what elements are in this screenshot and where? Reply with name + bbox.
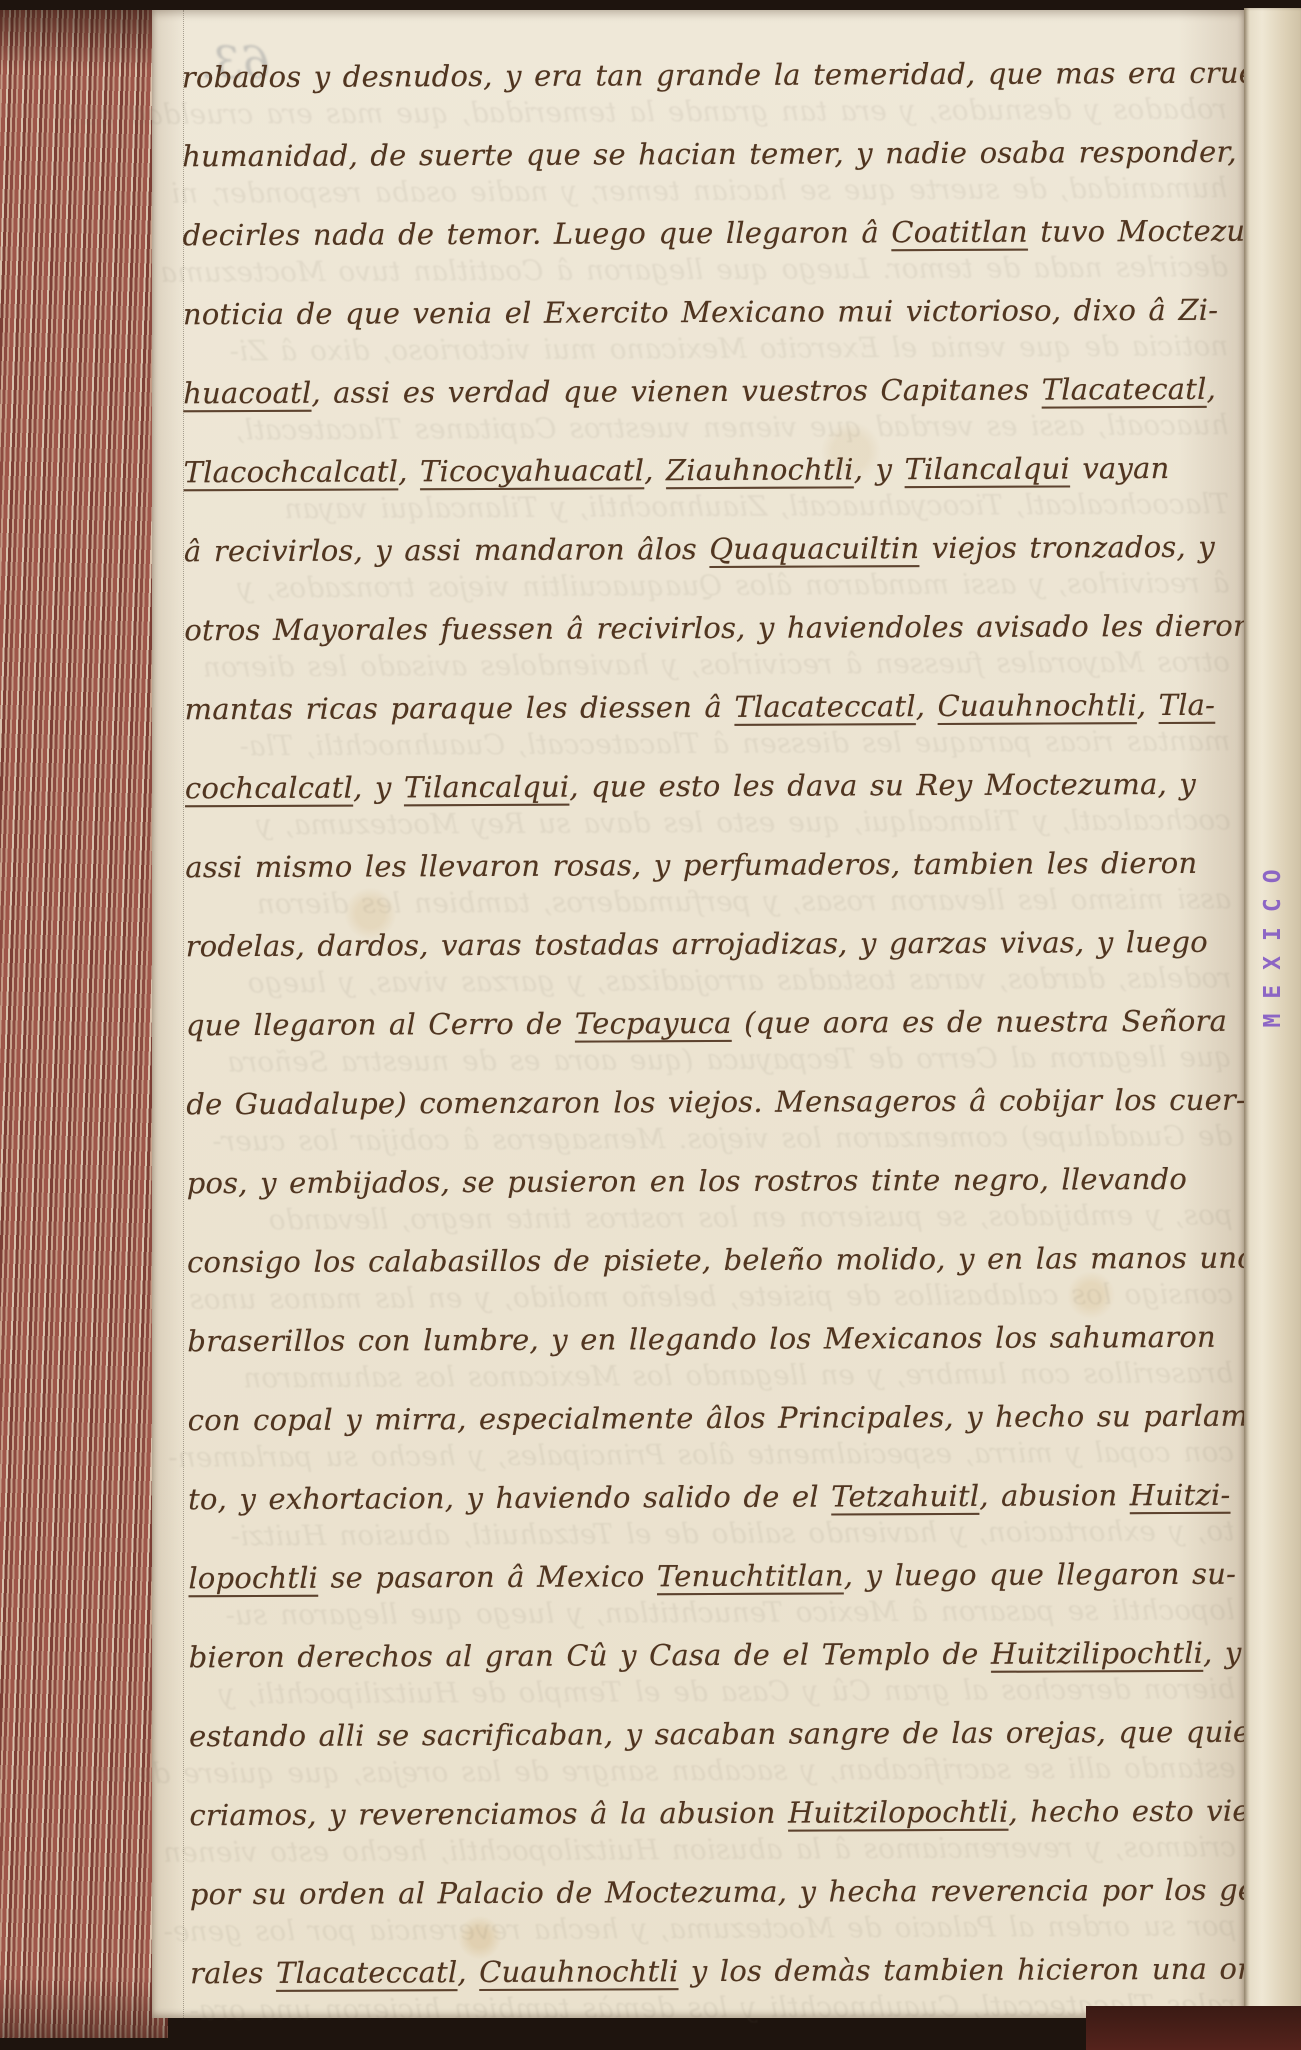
underlined-name: Tetzahuitl (831, 1479, 979, 1514)
text-segment: , y (854, 452, 905, 486)
manuscript-line: Tlacochcalcatl, Ticocyahuacatl, Ziauhnoc… (183, 429, 1239, 513)
underlined-name: Quaquacuiltin (709, 531, 919, 566)
underlined-name: Cuauhnochtli (938, 688, 1137, 723)
text-segment: noticia de que venia el Exercito Mexican… (183, 293, 1218, 332)
text-segment: rales (190, 1956, 276, 1990)
underlined-name: Tenuchtitlan (657, 1558, 844, 1593)
text-segment: , abusion (979, 1478, 1130, 1513)
manuscript-line: cochcalcatl, y Tilancalqui, que esto les… (185, 745, 1241, 829)
text-segment: y los demàs tambien hicieron una ora- (678, 1952, 1278, 1989)
manuscript-line: assi mismo les llevaron rosas, y perfuma… (185, 824, 1241, 908)
text-segment: , (916, 689, 938, 723)
text-segment: de Guadalupe) comenzaron los viejos. Men… (186, 1083, 1246, 1122)
text-segment: , (1137, 688, 1159, 722)
manuscript-page: 63. robados y desnudos, y era tan grande… (152, 10, 1244, 2018)
mexico-stamp: MEXICO (1158, 898, 1301, 984)
text-segment: robados y desnudos, y era tan grande la … (182, 55, 1301, 94)
underlined-name: Tecpayuca (575, 1006, 732, 1041)
text-segment: bieron derechos al gran Cû y Casa de el … (189, 1637, 991, 1675)
text-segment: que llegaron al Cerro de (186, 1007, 575, 1043)
text-segment: , y luego que llegaron su- (844, 1557, 1237, 1593)
manuscript-line: otros Mayorales fuessen â recivirlos, y … (184, 587, 1240, 671)
text-segment: braserillos con lumbre, y en llegando lo… (187, 1320, 1216, 1358)
manuscript-line: â recivirlos, y assi mandaron âlos Quaqu… (184, 508, 1240, 592)
text-segment: , assi es verdad que vienen vuestros Cap… (311, 373, 1041, 410)
manuscript-line: de Guadalupe) comenzaron los viejos. Men… (186, 1061, 1242, 1145)
text-segment: assi mismo les llevaron rosas, y perfuma… (185, 846, 1197, 884)
text-segment: , (398, 454, 420, 488)
underlined-name: lopochtli (188, 1561, 318, 1596)
text-segment: (que aora es de nuestra Señora (732, 1004, 1228, 1040)
text-segment: consigo los calabasillos de pisiete, bel… (187, 1241, 1270, 1280)
text-segment: decirles nada de temor. Luego que llegar… (182, 215, 891, 252)
text-segment: se pasaron â Mexico (318, 1559, 657, 1594)
underlined-name: Tla- (1159, 688, 1216, 722)
text-segment: , y (353, 770, 404, 804)
text-segment: viejos tronzados, y (919, 530, 1215, 565)
manuscript-text-block: robados y desnudos, y era tan grande la … (182, 34, 1247, 2014)
manuscript-line: estando alli se sacrificaban, y sacaban … (189, 1693, 1245, 1777)
text-segment: , (644, 453, 666, 487)
manuscript-line: por su orden al Palacio de Moctezuma, y … (190, 1851, 1246, 1935)
underlined-name: cochcalcatl (185, 771, 353, 806)
underlined-name: Cuauhnochtli (479, 1954, 678, 1989)
text-segment: por su orden al Palacio de Moctezuma, y … (190, 1872, 1301, 1911)
underlined-name: Tlacatecatl (1042, 372, 1207, 407)
underlined-name: Ziauhnochtli (666, 452, 854, 487)
underlined-name: Tilancalqui (404, 770, 570, 805)
underlined-name: Tlacateccatl (734, 689, 916, 724)
manuscript-line: lopochtli se pasaron â Mexico Tenuchtitl… (188, 1535, 1244, 1619)
manuscript-line: rales Tlacateccatl, Cuauhnochtli y los d… (190, 1930, 1246, 2014)
underlined-name: Huitzilopochtli (788, 1795, 1008, 1830)
manuscript-line: braserillos con lumbre, y en llegando lo… (187, 1298, 1243, 1382)
manuscript-line: robados y desnudos, y era tan grande la … (182, 34, 1238, 118)
manuscript-line: consigo los calabasillos de pisiete, bel… (187, 1219, 1243, 1303)
underlined-name: huacoatl (183, 376, 311, 411)
manuscript-line: huacoatl, assi es verdad que vienen vues… (183, 350, 1239, 434)
text-segment: â recivirlos, y assi mandaron âlos (184, 532, 710, 568)
manuscript-line: mantas ricas paraque les diessen â Tlaca… (184, 666, 1240, 750)
underlined-name: Tlacateccatl (276, 1955, 458, 1990)
text-segment: to, y exhortacion, y haviendo salido de … (188, 1479, 831, 1516)
manuscript-line: que llegaron al Cerro de Tecpayuca (que … (186, 982, 1242, 1066)
book-binding-edge (0, 10, 168, 2038)
underlined-name: Huitzilipochtli (991, 1636, 1203, 1671)
underlined-name: Tilancalqui (905, 451, 1071, 486)
text-segment: estando alli se sacrificaban, y sacaban … (189, 1714, 1301, 1753)
manuscript-line: humanidad, de suerte que se hacian temer… (182, 113, 1238, 197)
text-segment: criamos, y reverenciamos â la abusion (189, 1796, 788, 1833)
manuscript-line: criamos, y reverenciamos â la abusion Hu… (189, 1772, 1245, 1856)
text-segment: , que esto les dava su Rey Moctezuma, y (569, 767, 1196, 804)
manuscript-line: rodelas, dardos, varas tostadas arrojadi… (185, 903, 1241, 987)
text-segment: , (1207, 372, 1217, 406)
text-segment: , y (1203, 1636, 1242, 1670)
text-segment: con copal y mirra, especialmente âlos Pr… (188, 1398, 1295, 1437)
manuscript-line: pos, y embijados, se pusieron en los ros… (187, 1140, 1243, 1224)
underlined-name: Huitzi- (1130, 1478, 1231, 1512)
underlined-name: Coatitlan (891, 215, 1028, 250)
underlined-name: Tlacochcalcatl (184, 454, 399, 489)
underlined-name: Ticocyahuacatl (420, 453, 644, 488)
manuscript-line: bieron derechos al gran Cû y Casa de el … (189, 1614, 1245, 1698)
manuscript-photo: 63. robados y desnudos, y era tan grande… (0, 0, 1301, 2050)
text-segment: otros Mayorales fuessen â recivirlos, y … (184, 609, 1252, 648)
manuscript-line: decirles nada de temor. Luego que llegar… (182, 192, 1238, 276)
text-segment: vayan (1070, 451, 1170, 485)
manuscript-line: con copal y mirra, especialmente âlos Pr… (188, 1377, 1244, 1461)
text-segment: humanidad, de suerte que se hacian temer… (182, 135, 1277, 174)
fore-edge: MEXICO (1244, 8, 1301, 2018)
text-segment: pos, y embijados, se pusieron en los ros… (187, 1162, 1188, 1200)
manuscript-line: noticia de que venia el Exercito Mexican… (183, 271, 1239, 355)
text-segment: rodelas, dardos, varas tostadas arrojadi… (186, 925, 1208, 963)
text-segment: , (457, 1955, 479, 1989)
binding-cloth-corner (1086, 2006, 1301, 2050)
text-segment: mantas ricas paraque les diessen â (185, 690, 735, 726)
manuscript-line: to, y exhortacion, y haviendo salido de … (188, 1456, 1244, 1540)
